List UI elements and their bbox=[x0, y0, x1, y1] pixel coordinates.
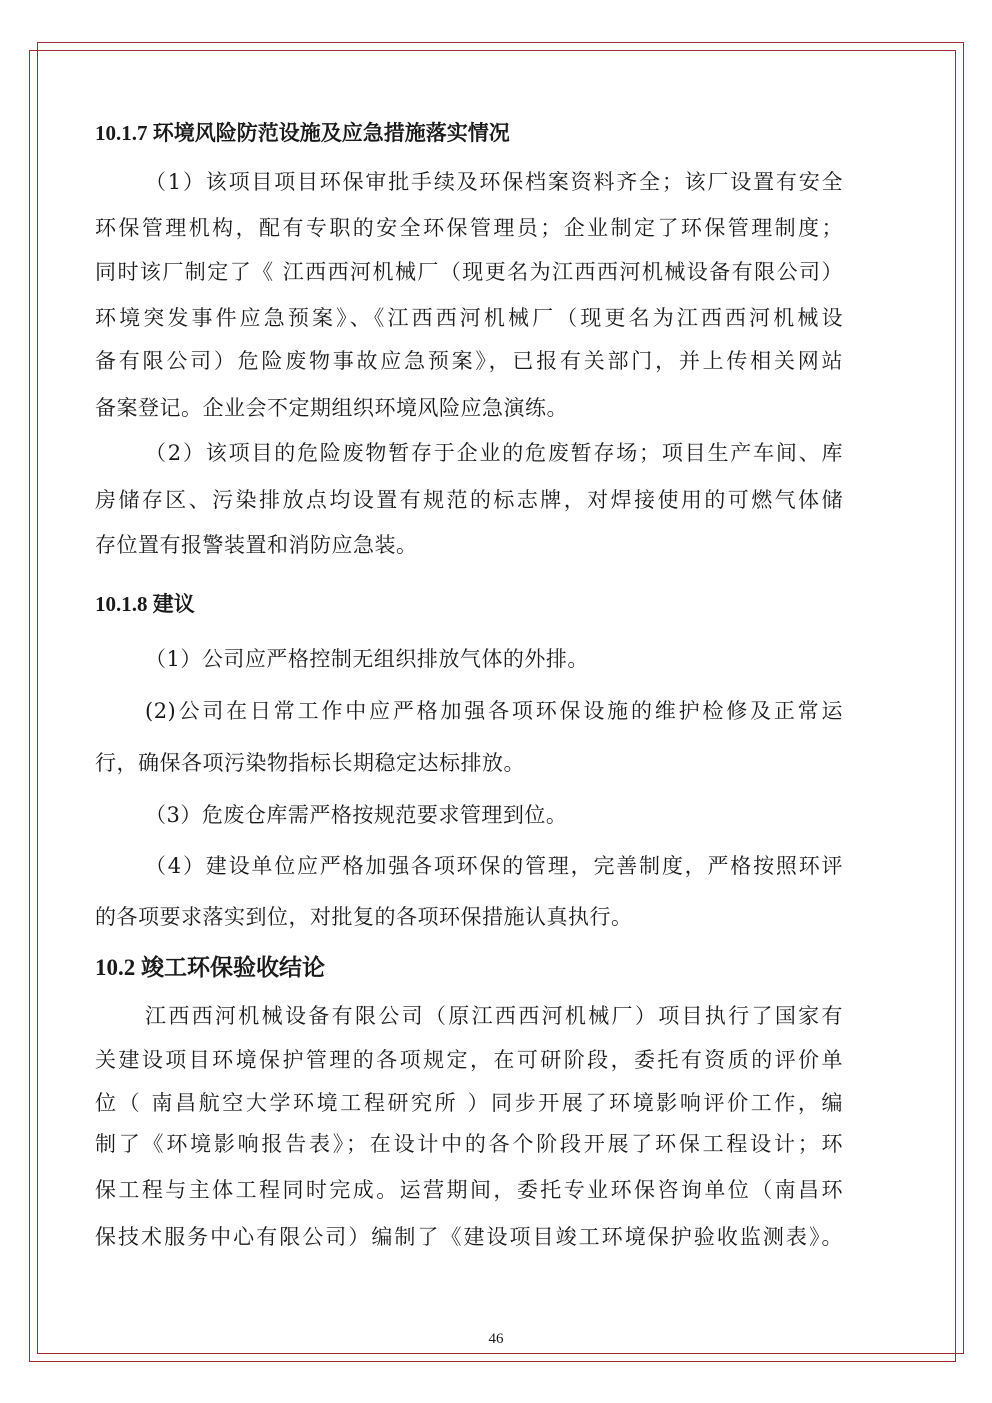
paragraph-line: (2)公司在日常工作中应严格加强各项环保设施的维护检修及正常运 bbox=[95, 698, 843, 724]
section-heading-10-1-8: 10.1.8 建议 bbox=[95, 591, 195, 617]
paragraph-line: 同时该厂制定了《 江西西河机械厂（现更名为江西西河机械设备有限公司） bbox=[95, 259, 843, 285]
page-number: 46 bbox=[0, 1331, 992, 1348]
paragraph-line: 制了《环境影响报告表》；在设计中的各个阶段开展了环保工程设计；环 bbox=[95, 1131, 843, 1157]
paragraph-line: （2）该项目的危险废物暂存于企业的危废暂存场；项目生产车间、库 bbox=[95, 440, 843, 466]
paragraph-line: 的各项要求落实到位，对批复的各项环保措施认真执行。 bbox=[95, 904, 633, 930]
paragraph-line: 存位置有报警装置和消防应急装。 bbox=[95, 532, 418, 558]
paragraph-line: 行，确保各项污染物指标长期稳定达标排放。 bbox=[95, 750, 525, 776]
paragraph-line: （4）建设单位应严格加强各项环保的管理，完善制度，严格按照环评 bbox=[95, 853, 843, 879]
section-heading-10-1-7: 10.1.7 环境风险防范设施及应急措施落实情况 bbox=[95, 120, 510, 146]
paragraph-line: （3）危废仓库需严格按规范要求管理到位。 bbox=[95, 802, 567, 828]
paragraph-line: 关建设项目环境保护管理的各项规定，在可研阶段，委托有资质的评价单 bbox=[95, 1047, 843, 1073]
section-heading-10-2: 10.2 竣工环保验收结论 bbox=[95, 955, 325, 981]
paragraph-line: 房储存区、污染排放点均设置有规范的标志牌，对焊接使用的可燃气体储 bbox=[95, 487, 843, 513]
paragraph-line: 位（ 南昌航空大学环境工程研究所 ）同步开展了环境影响评价工作，编 bbox=[95, 1090, 843, 1116]
paragraph-line: 保工程与主体工程同时完成。运营期间，委托专业环保咨询单位（南昌环 bbox=[95, 1177, 843, 1203]
paragraph-line: 备案登记。企业会不定期组织环境风险应急演练。 bbox=[95, 395, 568, 421]
paragraph-line: 备有限公司）危险废物事故应急预案》，已报有关部门，并上传相关网站 bbox=[95, 348, 843, 374]
paragraph-line: （1）公司应严格控制无组织排放气体的外排。 bbox=[95, 646, 589, 672]
paragraph-line: 环保管理机构，配有专职的安全环保管理员；企业制定了环保管理制度； bbox=[95, 215, 843, 241]
paragraph-line: （1）该项目项目环保审批手续及环保档案资料齐全；该厂设置有安全 bbox=[95, 169, 843, 195]
paragraph-line: 保技术服务中心有限公司）编制了《建设项目竣工环境保护验收监测表》。 bbox=[95, 1224, 843, 1250]
paragraph-line: 江西西河机械设备有限公司（原江西西河机械厂）项目执行了国家有 bbox=[95, 1003, 843, 1029]
paragraph-line: 环境突发事件应急预案》、《江西西河机械厂（现更名为江西西河机械设 bbox=[95, 305, 843, 331]
